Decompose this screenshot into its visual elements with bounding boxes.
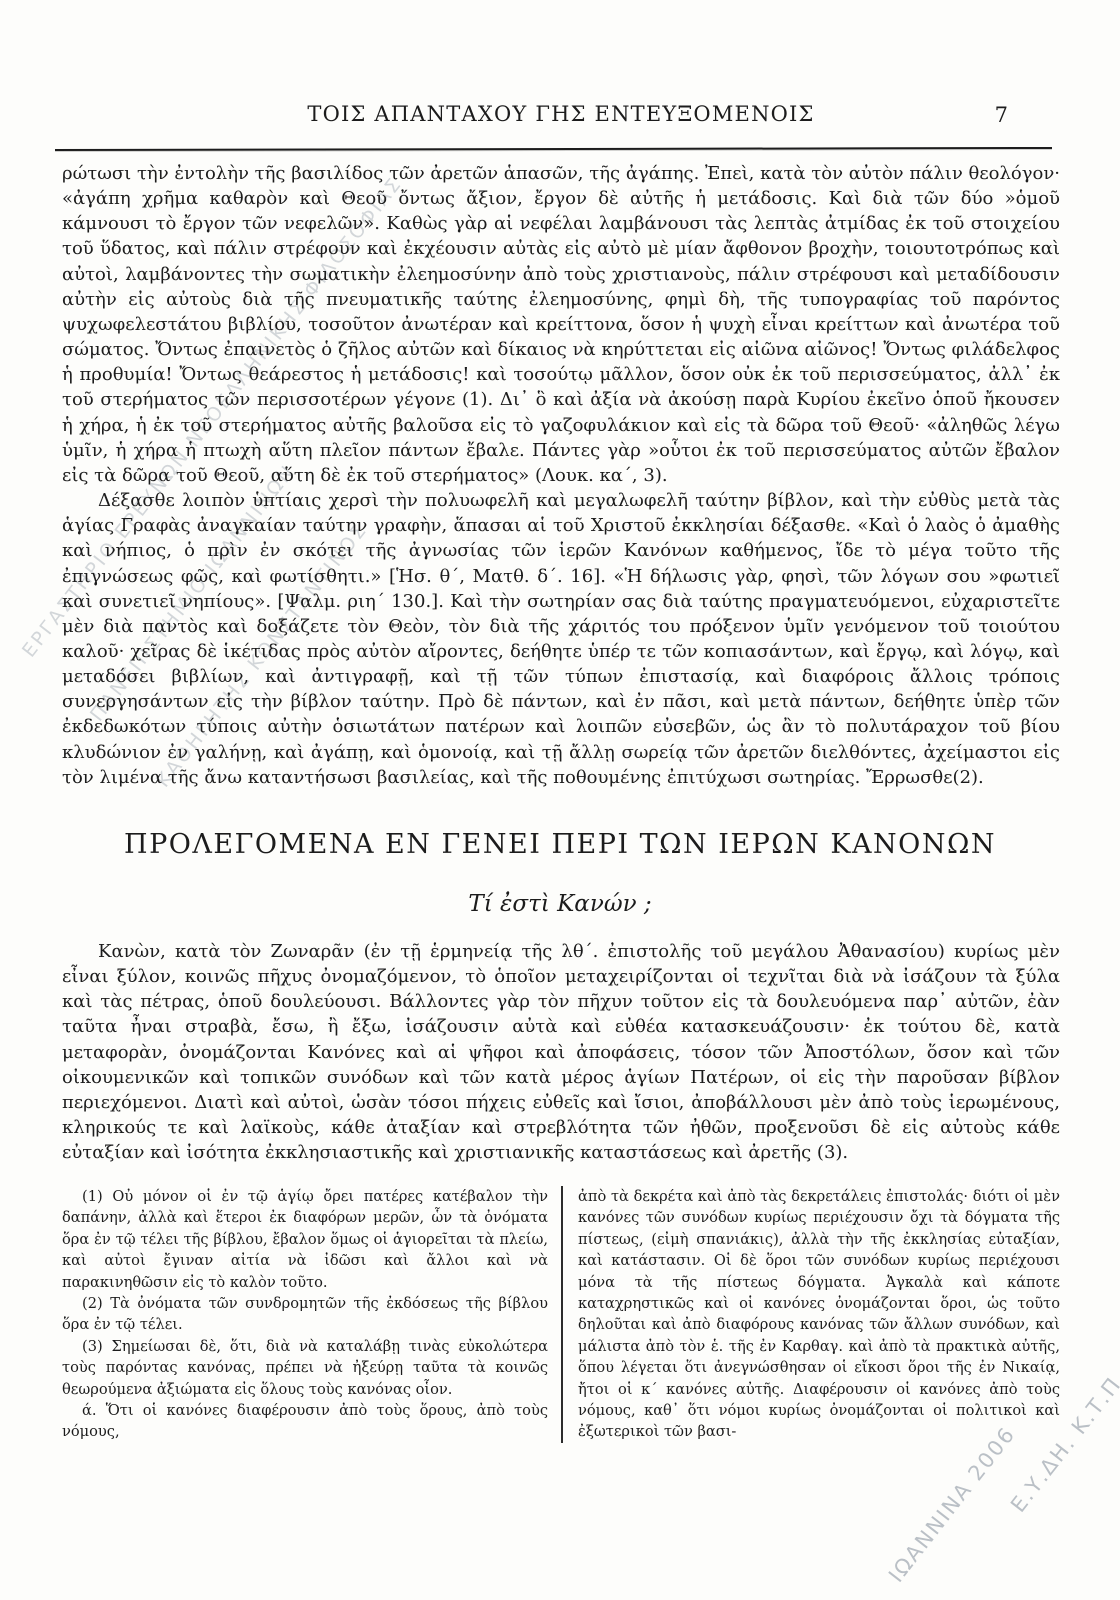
- footnotes-left-column: (1) Οὐ μόνον οἱ ἐν τῷ ἁγίῳ ὄρει πατέρες …: [62, 1186, 561, 1443]
- letter-paragraph-2: Δέξασθε λοιπὸν ὑπτίαις χερσὶ τὴν πολυωφε…: [62, 488, 1060, 790]
- footnotes-right-column: ἀπὸ τὰ δεκρέτα καὶ ἀπὸ τὰς δεκρετάλεις ἐ…: [561, 1186, 1060, 1443]
- section-heading: ΠΡΟΛΕΓΟΜΕΝΑ ΕΝ ΓΕΝΕΙ ΠΕΡΙ ΤΩΝ ΙΕΡΩΝ ΚΑΝΟ…: [0, 829, 1120, 860]
- section-paragraph-1: Κανὼν, κατὰ τὸν Ζωναρᾶν (ἐν τῇ ἑρμηνείᾳ …: [62, 939, 1060, 1165]
- letter-paragraph-1: ρώτωσι τὴν ἐντολὴν τῆς βασιλίδος τῶν ἀρε…: [62, 161, 1060, 488]
- letter-body: ρώτωσι τὴν ἐντολὴν τῆς βασιλίδος τῶν ἀρε…: [62, 161, 1060, 790]
- section-body: Κανὼν, κατὰ τὸν Ζωναρᾶν (ἐν τῇ ἑρμηνείᾳ …: [62, 939, 1060, 1165]
- scanned-book-page: ΕΡΓΑΣΤΗΡΙΟ ΕΡΕΥΝΩΝ ΝΕΟΕΛΛΗΝΙΚΗΣ ΦΙΛΟΣΟΦΙ…: [0, 0, 1120, 1600]
- header-rule: [55, 147, 1052, 151]
- watermark-stamp-ioannina: ΙΩΑΝΝΙΝΑ 2006: [884, 1422, 1020, 1587]
- page-number: 7: [995, 103, 1008, 127]
- footnote-2: (2) Τὰ ὀνόματα τῶν συνδρομητῶν τῆς ἐκδόσ…: [62, 1293, 548, 1336]
- section-subheading: Τί ἐστὶ Κανών ;: [0, 891, 1120, 917]
- footnote-list-item-alpha: ά. Ὅτι οἱ κανόνες διαφέρουσιν ἀπὸ τοὺς ὅ…: [62, 1400, 548, 1443]
- footnote-continuation: ἀπὸ τὰ δεκρέτα καὶ ἀπὸ τὰς δεκρετάλεις ἐ…: [578, 1186, 1060, 1443]
- footnotes: (1) Οὐ μόνον οἱ ἐν τῷ ἁγίῳ ὄρει πατέρες …: [62, 1186, 1060, 1443]
- running-title: ΤΟΙΣ ΑΠΑΝΤΑΧΟΥ ΓΗΣ ΕΝΤΕΥΞΟΜΕΝΟΙΣ: [62, 102, 1060, 126]
- footnote-1: (1) Οὐ μόνον οἱ ἐν τῷ ἁγίῳ ὄρει πατέρες …: [62, 1186, 548, 1293]
- page-header: ΤΟΙΣ ΑΠΑΝΤΑΧΟΥ ΓΗΣ ΕΝΤΕΥΞΟΜΕΝΟΙΣ 7: [62, 102, 1060, 136]
- footnote-3: (3) Σημείωσαι δὲ, ὅτι, διὰ νὰ καταλάβῃ τ…: [62, 1336, 548, 1400]
